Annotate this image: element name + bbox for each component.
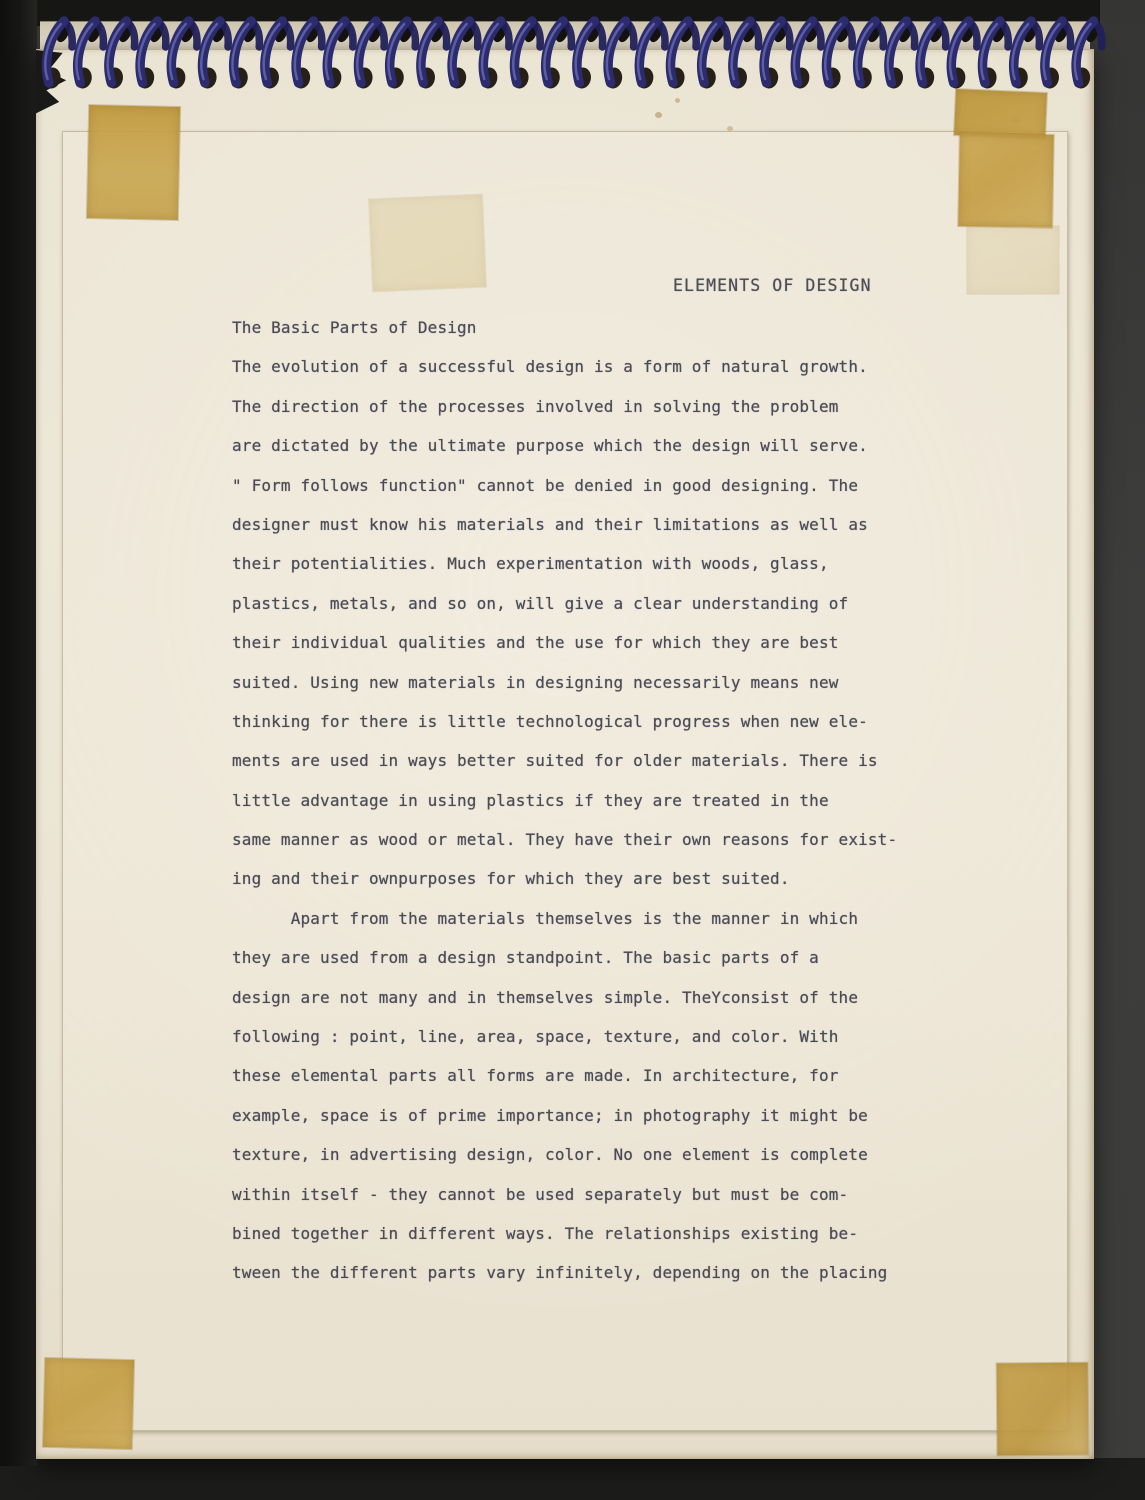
spiral-coil — [323, 16, 354, 90]
spiral-coil — [947, 16, 978, 90]
spiral-coil — [354, 16, 385, 90]
text-line: ing and their ownpurposes for which they… — [232, 859, 932, 898]
spiral-coil — [853, 16, 884, 90]
text-line: their potentialities. Much experimentati… — [232, 544, 932, 583]
text-line: The Basic Parts of Design — [232, 308, 932, 347]
spiral-coil — [416, 16, 447, 90]
spiral-coil — [822, 16, 853, 90]
tape-top-middle-faded — [369, 195, 486, 292]
spiral-coil — [1040, 16, 1071, 90]
text-line: example, space is of prime importance; i… — [232, 1096, 932, 1135]
tape-bottom-right — [997, 1363, 1089, 1456]
spiral-coil — [1071, 16, 1102, 90]
spiral-coil — [291, 16, 322, 90]
scan-background: ELEMENTS OF DESIGN The Basic Parts of De… — [0, 0, 1145, 1500]
text-line: these elemental parts all forms are made… — [232, 1056, 932, 1095]
spiral-coil — [978, 16, 1009, 90]
text-line: ments are used in ways better suited for… — [232, 741, 932, 780]
spiral-coil — [697, 16, 728, 90]
backdrop-bottom-band — [0, 1458, 1145, 1500]
spiral-coil — [260, 16, 291, 90]
spiral-coil — [73, 16, 104, 90]
notebook-page: ELEMENTS OF DESIGN The Basic Parts of De… — [36, 49, 1094, 1459]
text-line: Apart from the materials themselves is t… — [232, 899, 932, 938]
spiral-coil — [791, 16, 822, 90]
spiral-coil — [198, 16, 229, 90]
text-line: designer must know his materials and the… — [232, 505, 932, 544]
text-line: texture, in advertising design, color. N… — [232, 1135, 932, 1174]
typed-text-block: The Basic Parts of Design The evolution … — [232, 308, 932, 1293]
spiral-coil — [135, 16, 166, 90]
spiral-coil — [510, 16, 541, 90]
text-line: tween the different parts vary infinitel… — [232, 1253, 932, 1292]
spiral-coil — [728, 16, 759, 90]
spiral-coil — [541, 16, 572, 90]
spiral-coil — [42, 16, 73, 90]
text-line: they are used from a design standpoint. … — [232, 938, 932, 977]
text-line: plastics, metals, and so on, will give a… — [232, 584, 932, 623]
text-line: are dictated by the ultimate purpose whi… — [232, 426, 932, 465]
text-line: little advantage in using plastics if th… — [232, 781, 932, 820]
backdrop-left-band — [0, 0, 37, 1466]
spiral-coil — [167, 16, 198, 90]
tape-top-right-faded — [967, 226, 1059, 294]
spiral-coil — [104, 16, 135, 90]
tape-bottom-left — [43, 1358, 134, 1449]
typed-sheet: ELEMENTS OF DESIGN The Basic Parts of De… — [62, 131, 1068, 1431]
spiral-coil — [447, 16, 478, 90]
text-line: suited. Using new materials in designing… — [232, 663, 932, 702]
text-line: same manner as wood or metal. They have … — [232, 820, 932, 859]
tape-top-right — [958, 133, 1054, 228]
spiral-coil — [884, 16, 915, 90]
spiral-coil — [635, 16, 666, 90]
spiral-coil — [229, 16, 260, 90]
spiral-coil — [385, 16, 416, 90]
text-line: design are not many and in themselves si… — [232, 978, 932, 1017]
text-line: their individual qualities and the use f… — [232, 623, 932, 662]
text-line: The evolution of a successful design is … — [232, 347, 932, 386]
text-line: following : point, line, area, space, te… — [232, 1017, 932, 1056]
spiral-coil — [666, 16, 697, 90]
document-header: ELEMENTS OF DESIGN — [673, 276, 872, 295]
text-line: " Form follows function" cannot be denie… — [232, 466, 932, 505]
text-line: The direction of the processes involved … — [232, 387, 932, 426]
tape-top-left — [87, 105, 180, 220]
spiral-coil — [759, 16, 790, 90]
spiral-coil — [1009, 16, 1040, 90]
spiral-coil — [479, 16, 510, 90]
spiral-coil — [603, 16, 634, 90]
spiral-coil — [915, 16, 946, 90]
stain-spot — [727, 126, 733, 131]
text-line: bined together in different ways. The re… — [232, 1214, 932, 1253]
text-line: thinking for there is little technologic… — [232, 702, 932, 741]
spiral-binding — [0, 0, 1145, 120]
text-line: within itself - they cannot be used sepa… — [232, 1175, 932, 1214]
spiral-coil — [572, 16, 603, 90]
